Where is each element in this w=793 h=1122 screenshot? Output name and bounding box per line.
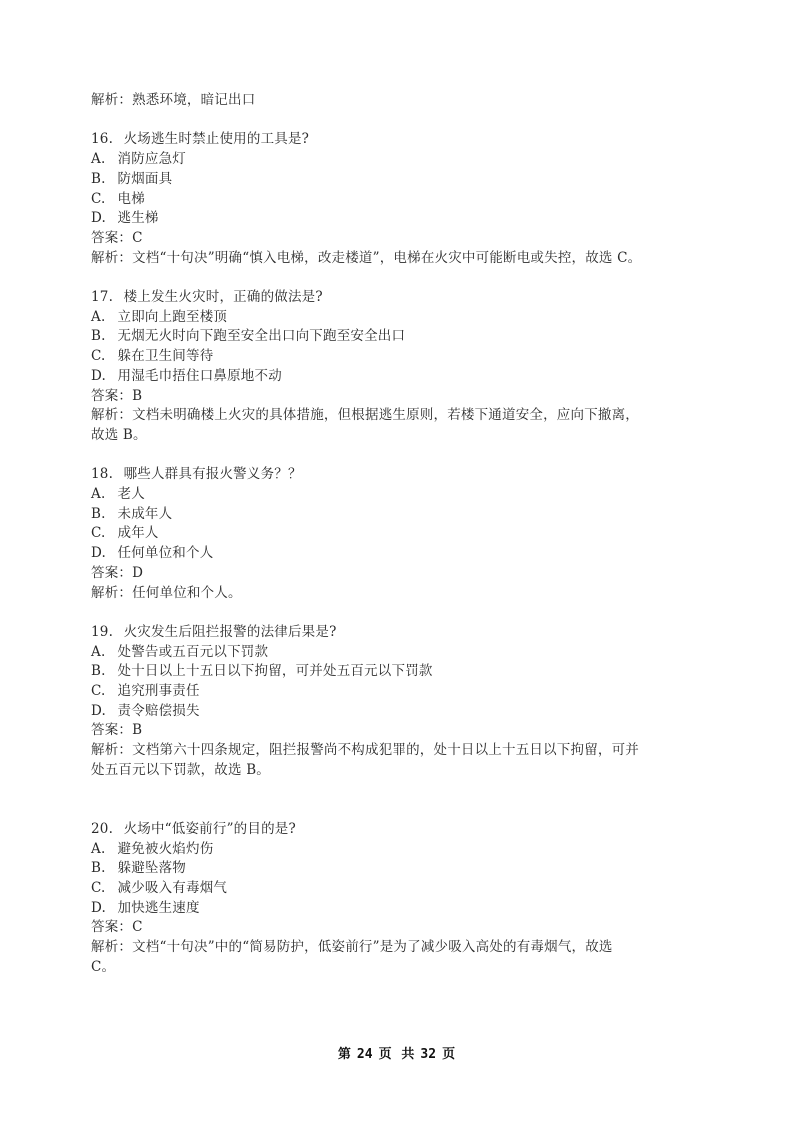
option-b: B. 无烟无火时向下跑至安全出口向下跑至安全出口 (91, 327, 711, 347)
question-number: 17. (91, 289, 113, 305)
analysis-continued: C。 (91, 958, 711, 978)
question-text: 火场中“低姿前行”的目的是? (124, 821, 296, 837)
answer-value: D (132, 565, 143, 581)
question-19: 19. 火灾发生后阻拦报警的法律后果是? A. 处警告或五百元以下罚款 B. 处… (91, 623, 711, 781)
answer: 答案：D (91, 564, 711, 584)
question-number: 16. (91, 131, 113, 147)
page-number-footer: 第24页 共32页 (0, 1043, 793, 1062)
answer: 答案：B (91, 387, 711, 407)
option-a: A. 消防应急灯 (91, 150, 711, 170)
option-c: C. 成年人 (91, 524, 711, 544)
question-20: 20. 火场中“低姿前行”的目的是? A. 避免被火焰灼伤 B. 躲避坠落物 C… (91, 820, 711, 978)
option-b: B. 躲避坠落物 (91, 859, 711, 879)
option-d: D. 责令赔偿损失 (91, 702, 711, 722)
option-a: A. 立即向上跑至楼顶 (91, 308, 711, 328)
analysis: 解析：文档第六十四条规定，阻拦报警尚不构成犯罪的，处十日以上十五日以下拘留，可并 (91, 741, 711, 761)
option-d: D. 逃生梯 (91, 209, 711, 229)
option-d: D. 用湿毛巾捂住口鼻原地不动 (91, 367, 711, 387)
footer-prefix: 第 (338, 1047, 351, 1062)
question-number: 18. (91, 466, 113, 482)
option-c: C. 追究刑事责任 (91, 682, 711, 702)
question-number: 19. (91, 624, 113, 640)
footer-middle: 页 共 (379, 1047, 415, 1062)
option-b: B. 防烟面具 (91, 170, 711, 190)
analysis-text: 熟悉环境，暗记出口 (132, 92, 255, 108)
prev-analysis: 解析：熟悉环境，暗记出口 (91, 91, 711, 111)
option-c: C. 电梯 (91, 190, 711, 210)
option-c: C. 躲在卫生间等待 (91, 347, 711, 367)
question-text: 火灾发生后阻拦报警的法律后果是? (124, 624, 337, 640)
question-title: 19. 火灾发生后阻拦报警的法律后果是? (91, 623, 711, 643)
option-b: B. 处十日以上十五日以下拘留，可并处五百元以下罚款 (91, 662, 711, 682)
option-a: A. 避免被火焰灼伤 (91, 840, 711, 860)
option-b: B. 未成年人 (91, 505, 711, 525)
total-pages-number: 32 (420, 1047, 436, 1062)
footer-suffix: 页 (442, 1047, 455, 1062)
analysis: 解析：任何单位和个人。 (91, 584, 711, 604)
page-content: 解析：熟悉环境，暗记出口 16. 火场逃生时禁止使用的工具是? A. 消防应急灯… (91, 91, 711, 978)
document-page: 解析：熟悉环境，暗记出口 16. 火场逃生时禁止使用的工具是? A. 消防应急灯… (0, 0, 793, 1122)
option-a: A. 处警告或五百元以下罚款 (91, 643, 711, 663)
analysis: 解析：文档未明确楼上火灾的具体措施，但根据逃生原则，若楼下通道安全，应向下撤离， (91, 406, 711, 426)
answer-value: C (132, 230, 143, 246)
analysis-label: 解析： (91, 92, 132, 108)
option-a: A. 老人 (91, 485, 711, 505)
question-number: 20. (91, 821, 113, 837)
option-c: C. 减少吸入有毒烟气 (91, 879, 711, 899)
analysis: 解析：文档“十句决”中的“简易防护，低姿前行”是为了减少吸入高处的有毒烟气，故选 (91, 938, 711, 958)
analysis-continued: 故选 B。 (91, 426, 711, 446)
question-16: 16. 火场逃生时禁止使用的工具是? A. 消防应急灯 B. 防烟面具 C. 电… (91, 130, 711, 268)
question-17: 17. 楼上发生火灾时，正确的做法是? A. 立即向上跑至楼顶 B. 无烟无火时… (91, 288, 711, 446)
answer: 答案：C (91, 229, 711, 249)
answer: 答案：B (91, 721, 711, 741)
question-title: 17. 楼上发生火灾时，正确的做法是? (91, 288, 711, 308)
question-18: 18. 哪些人群具有报火警义务？？ A. 老人 B. 未成年人 C. 成年人 D… (91, 465, 711, 603)
question-text: 哪些人群具有报火警义务？？ (124, 466, 302, 482)
question-title: 18. 哪些人群具有报火警义务？？ (91, 465, 711, 485)
option-d: D. 加快逃生速度 (91, 899, 711, 919)
question-title: 16. 火场逃生时禁止使用的工具是? (91, 130, 711, 150)
question-text: 火场逃生时禁止使用的工具是? (124, 131, 310, 147)
answer: 答案：C (91, 918, 711, 938)
question-text: 楼上发生火灾时，正确的做法是? (124, 289, 323, 305)
analysis-continued: 处五百元以下罚款，故选 B。 (91, 761, 711, 781)
current-page-number: 24 (357, 1047, 373, 1062)
answer-value: B (132, 388, 142, 404)
question-title: 20. 火场中“低姿前行”的目的是? (91, 820, 711, 840)
analysis: 解析：文档“十句决”明确“慎入电梯，改走楼道”，电梯在火灾中可能断电或失控，故选… (91, 249, 711, 269)
answer-value: B (132, 722, 142, 738)
answer-value: C (132, 919, 143, 935)
option-d: D. 任何单位和个人 (91, 544, 711, 564)
